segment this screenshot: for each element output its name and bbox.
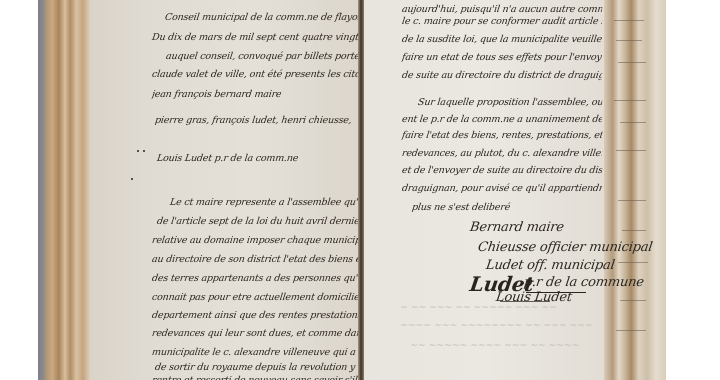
signature: Ludet off. municipal	[485, 258, 616, 273]
right-page-line: faire un etat de tous ses effets pour l'…	[401, 52, 603, 63]
right-page-line: Sur laquelle proposition l'assemblee, ou…	[417, 97, 603, 108]
right-page-line: plus ne s'est deliberé	[411, 202, 511, 213]
right-page-line: de suite au directoire du district de dr…	[401, 70, 603, 81]
signature: p.r de la commune	[523, 275, 645, 290]
left-page-line: redevances qui leur sont dues, et comme …	[151, 328, 359, 339]
left-page-line: Louis Ludet p.r de la comm.ne	[156, 153, 299, 164]
ink-speck	[143, 150, 145, 152]
right-page-line: ent le p.r de la comm.ne a unanimement d…	[401, 114, 603, 125]
bleed-through-line: ~~~~ ~~~ ~~~~~~~~ ~~ ~~~ ~~~	[399, 320, 593, 331]
signature: Chieusse officier municipal	[477, 240, 653, 255]
right-page-line: le c. maire pour se conformer audit arti…	[401, 16, 603, 27]
left-page-line: Le ct maire represente a l'assemblee qu'…	[169, 197, 359, 208]
right-page-line: aujourd'hui, puisqu'il n'a aucun autre c…	[401, 4, 603, 15]
right-page-line: et de l'envoyer de suite au directoire d…	[401, 165, 603, 176]
left-page-line: connait pas pour etre actuellement domic…	[151, 292, 359, 303]
left-page-line: Du dix de mars de mil sept cent quatre v…	[151, 32, 359, 43]
left-page-line: municipalite le c. alexandre villeneuve …	[151, 347, 359, 358]
signature-underline	[500, 301, 550, 302]
ink-speck	[137, 150, 139, 152]
left-page-line: de l'article sept de la loi du huit avri…	[156, 216, 359, 227]
signature: Bernard maire	[469, 220, 565, 235]
right-page-line: draguignan, pour avisé ce qu'il appartie…	[401, 183, 603, 194]
left-page-stack-edge	[38, 0, 90, 380]
right-page-line: redevances, au plutot, du c. alexandre v…	[401, 148, 603, 159]
bleed-through-line: ~ ~~ ~~~ ~~ ~~~~~ ~~~ ~~	[399, 302, 557, 313]
right-page-torn-edges	[604, 0, 666, 380]
ink-speck	[131, 178, 133, 180]
bleed-through-line: ~~ ~~~~~ ~~~~ ~~~ ~~ ~~~~	[409, 340, 580, 351]
left-page-line: claude valet de ville, ont été presents …	[151, 69, 359, 80]
signature-underline	[526, 292, 586, 293]
left-page-line: des terres appartenants a des personnes …	[151, 273, 359, 284]
left-page-line: rentre et ressorti de nouveau sans savoi…	[151, 375, 359, 380]
left-page-line: auquel conseil, convoqué par billets por…	[165, 51, 359, 62]
left-page-line: pierre gras, françois ludet, henri chieu…	[154, 115, 352, 126]
right-page-line: faire l'etat des biens, rentes, prestati…	[401, 130, 603, 141]
left-page-line: jean françois bernard maire	[151, 89, 282, 100]
left-page-line: au directoire de son district l'etat des…	[151, 254, 359, 265]
left-page-line: departement ainsi que des rentes prestat…	[151, 310, 359, 321]
left-page-line: Conseil municipal de la comm.ne de flayo…	[164, 12, 359, 23]
left-page-line: relative au domaine imposer chaque munic…	[151, 235, 359, 246]
left-page-line: de sortir du royaume depuis la revolutio…	[154, 362, 359, 373]
right-page-line: de la susdite loi, que la municipalite v…	[401, 34, 602, 45]
